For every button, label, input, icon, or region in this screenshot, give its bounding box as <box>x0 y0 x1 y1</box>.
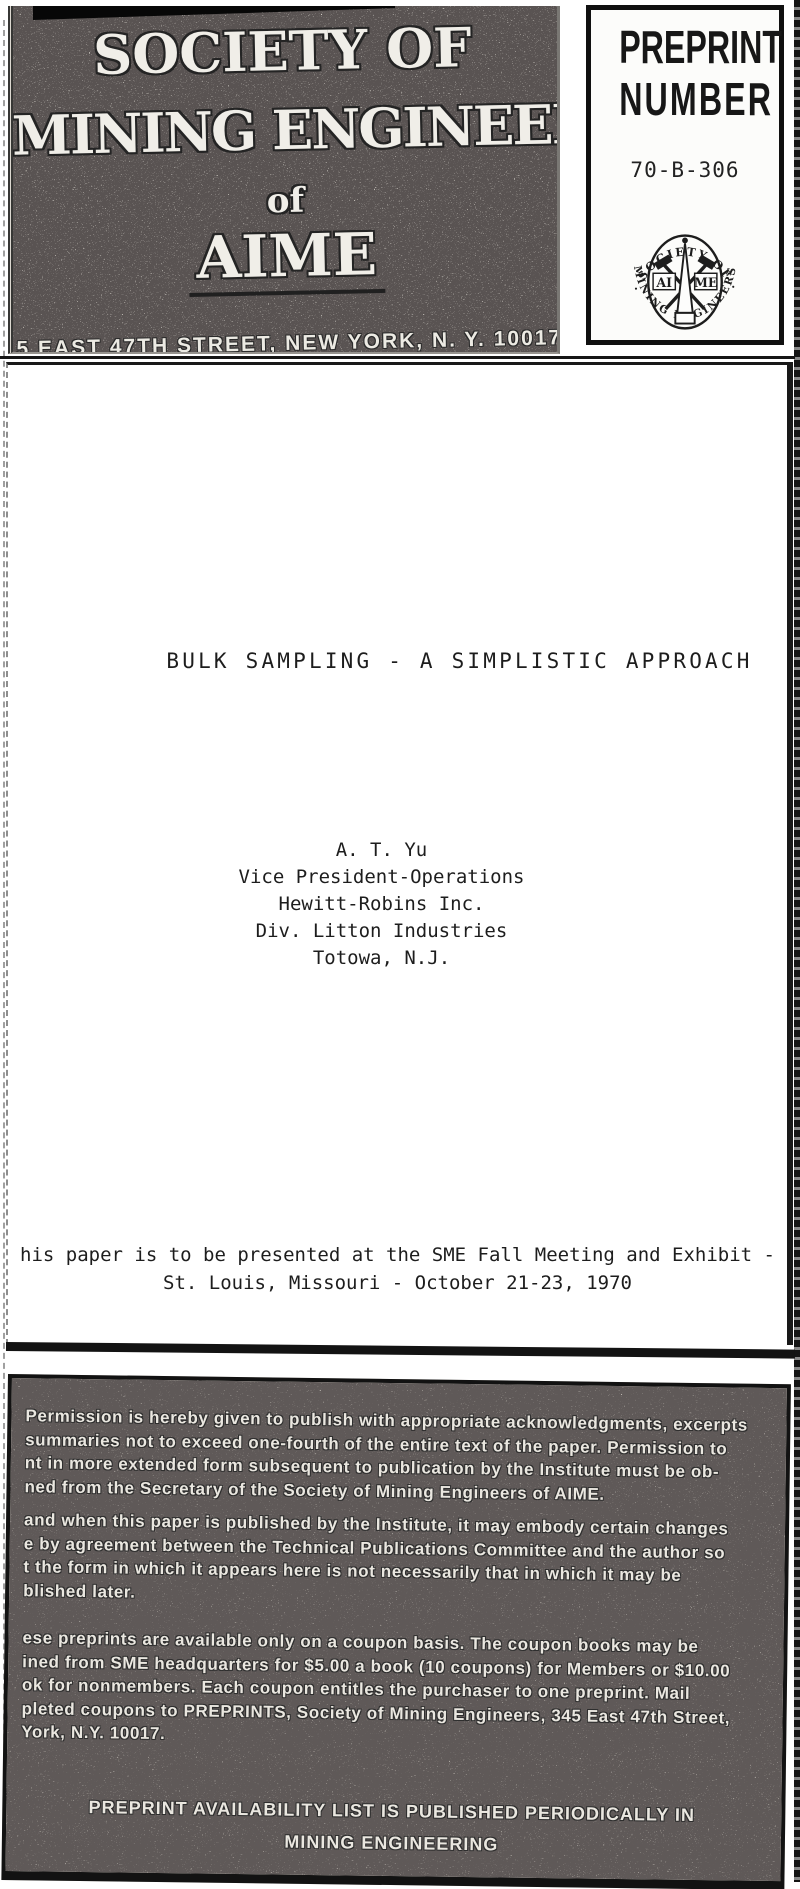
author-location: Totowa, N.J. <box>0 945 771 972</box>
author-company: Hewitt-Robins Inc. <box>0 891 771 918</box>
org-name-line4: AIME <box>14 218 559 300</box>
presentation-note-line1: his paper is to be presented at the SME … <box>8 1241 787 1269</box>
org-address: 5 EAST 47TH STREET, NEW YORK, N. Y. 1001… <box>16 326 560 354</box>
masthead-content: SOCIETY OF MINING ENGINEERS of AIME 5 EA… <box>9 6 560 354</box>
divider-line <box>0 356 795 359</box>
society-masthead-box: SOCIETY OF MINING ENGINEERS of AIME 5 EA… <box>8 6 560 354</box>
scan-right-edge-artifact <box>794 0 800 1882</box>
preprint-number-box: PREPRINT NUMBER 70-B-306 · SOCIETY OF · … <box>586 5 784 345</box>
svg-text:ME: ME <box>694 275 717 290</box>
org-name-line3: of <box>13 176 558 225</box>
notice-paragraph-2: and when this paper is published by the … <box>23 1508 767 1612</box>
notice-paragraph-3: ese preprints are available only on a co… <box>21 1626 765 1753</box>
author-division: Div. Litton Industries <box>0 918 771 945</box>
notice-content: Permission is hereby given to publish wi… <box>6 1378 787 1864</box>
seal-ai-badge: AI <box>653 273 675 290</box>
org-name-line1: SOCIETY OF <box>10 16 555 85</box>
preprint-label-word2: NUMBER <box>619 74 751 124</box>
paper-title: BULK SAMPLING - A SIMPLISTIC APPROACH <box>70 649 800 673</box>
preprint-label-word1: PREPRINT <box>619 22 751 72</box>
svg-text:AI: AI <box>655 275 672 290</box>
notice-paragraph-1: Permission is hereby given to publish wi… <box>24 1404 768 1508</box>
author-title: Vice President-Operations <box>0 864 771 891</box>
author-name: A. T. Yu <box>0 837 771 864</box>
org-name-line2: MINING ENGINEERS <box>11 94 556 165</box>
presentation-note: his paper is to be presented at the SME … <box>8 1241 787 1297</box>
preprint-number-value: 70-B-306 <box>591 158 779 182</box>
seal-me-badge: ME <box>694 273 717 290</box>
title-box: BULK SAMPLING - A SIMPLISTIC APPROACH A.… <box>6 362 793 1345</box>
availability-footer: PREPRINT AVAILABILITY LIST IS PUBLISHED … <box>20 1790 764 1864</box>
author-block: A. T. Yu Vice President-Operations Hewit… <box>0 837 771 972</box>
permission-notice-box: Permission is hereby given to publish wi… <box>1 1374 791 1889</box>
sme-seal: · SOCIETY OF · MINING ENGINEERS AI <box>627 218 743 344</box>
scanned-preprint-cover: SOCIETY OF MINING ENGINEERS of AIME 5 EA… <box>0 0 800 1889</box>
presentation-note-line2: St. Louis, Missouri - October 21-23, 197… <box>8 1269 787 1297</box>
